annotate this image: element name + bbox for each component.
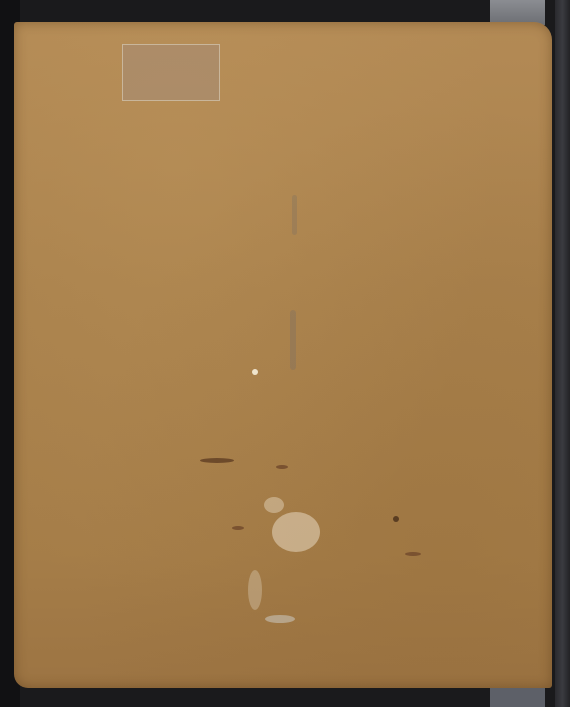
spot: [232, 526, 244, 530]
scratch-streak: [290, 310, 296, 370]
scratch-streak: [292, 195, 297, 235]
spot: [276, 465, 288, 469]
spot: [265, 615, 295, 623]
water-stain-small: [264, 497, 284, 513]
spot: [393, 516, 399, 522]
book-back-cover: [14, 22, 552, 688]
spot: [200, 458, 234, 463]
background-right-edge: [555, 0, 570, 707]
water-stain: [272, 512, 320, 552]
water-stain-drip: [248, 570, 262, 610]
spot: [405, 552, 421, 556]
tape-patch: [122, 44, 220, 101]
calibration-strip-bottom: [490, 688, 545, 707]
spot: [252, 369, 258, 375]
